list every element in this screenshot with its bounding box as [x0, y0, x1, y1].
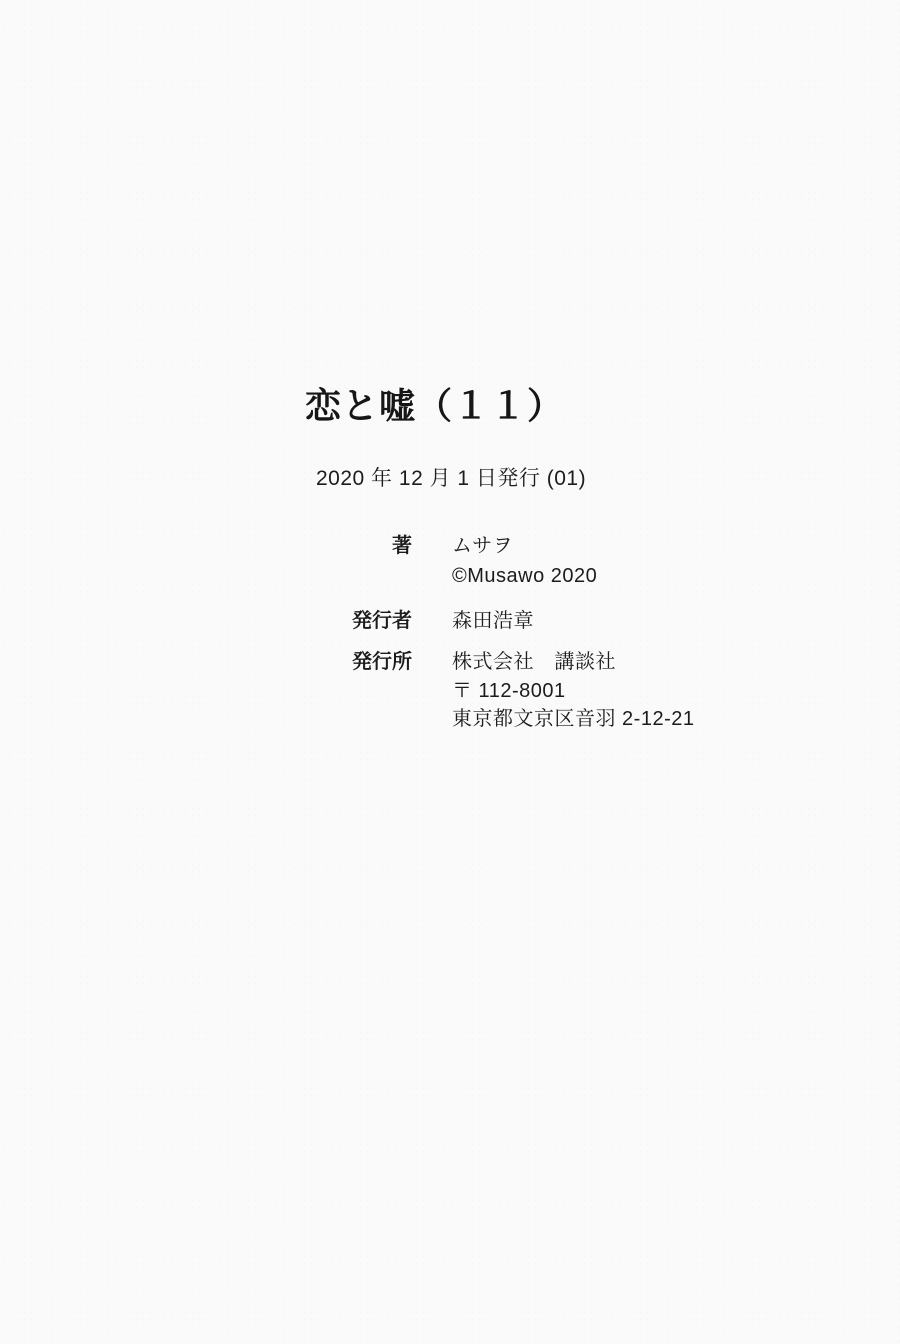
publisher-address: 東京都文京区音羽 2-12-21 — [452, 702, 695, 731]
author-name: ムサヲ — [452, 529, 513, 558]
publication-date: 2020 年 12 月 1 日発行 (01) — [316, 462, 586, 492]
publisher-name: 株式会社 講談社 — [452, 645, 616, 674]
author-label: 著 — [350, 529, 412, 558]
publisher-person-label: 発行者 — [350, 604, 412, 633]
postal-code: 〒 112-8001 — [452, 674, 566, 703]
colophon-page: 恋と嘘（１１） 2020 年 12 月 1 日発行 (01) 著 ムサヲ ©Mu… — [0, 0, 900, 1344]
publisher-person-name: 森田浩章 — [452, 604, 534, 633]
publisher-label: 発行所 — [350, 645, 412, 674]
book-title: 恋と嘘（１１） — [305, 378, 564, 429]
copyright-notice: ©Musawo 2020 — [452, 565, 597, 588]
